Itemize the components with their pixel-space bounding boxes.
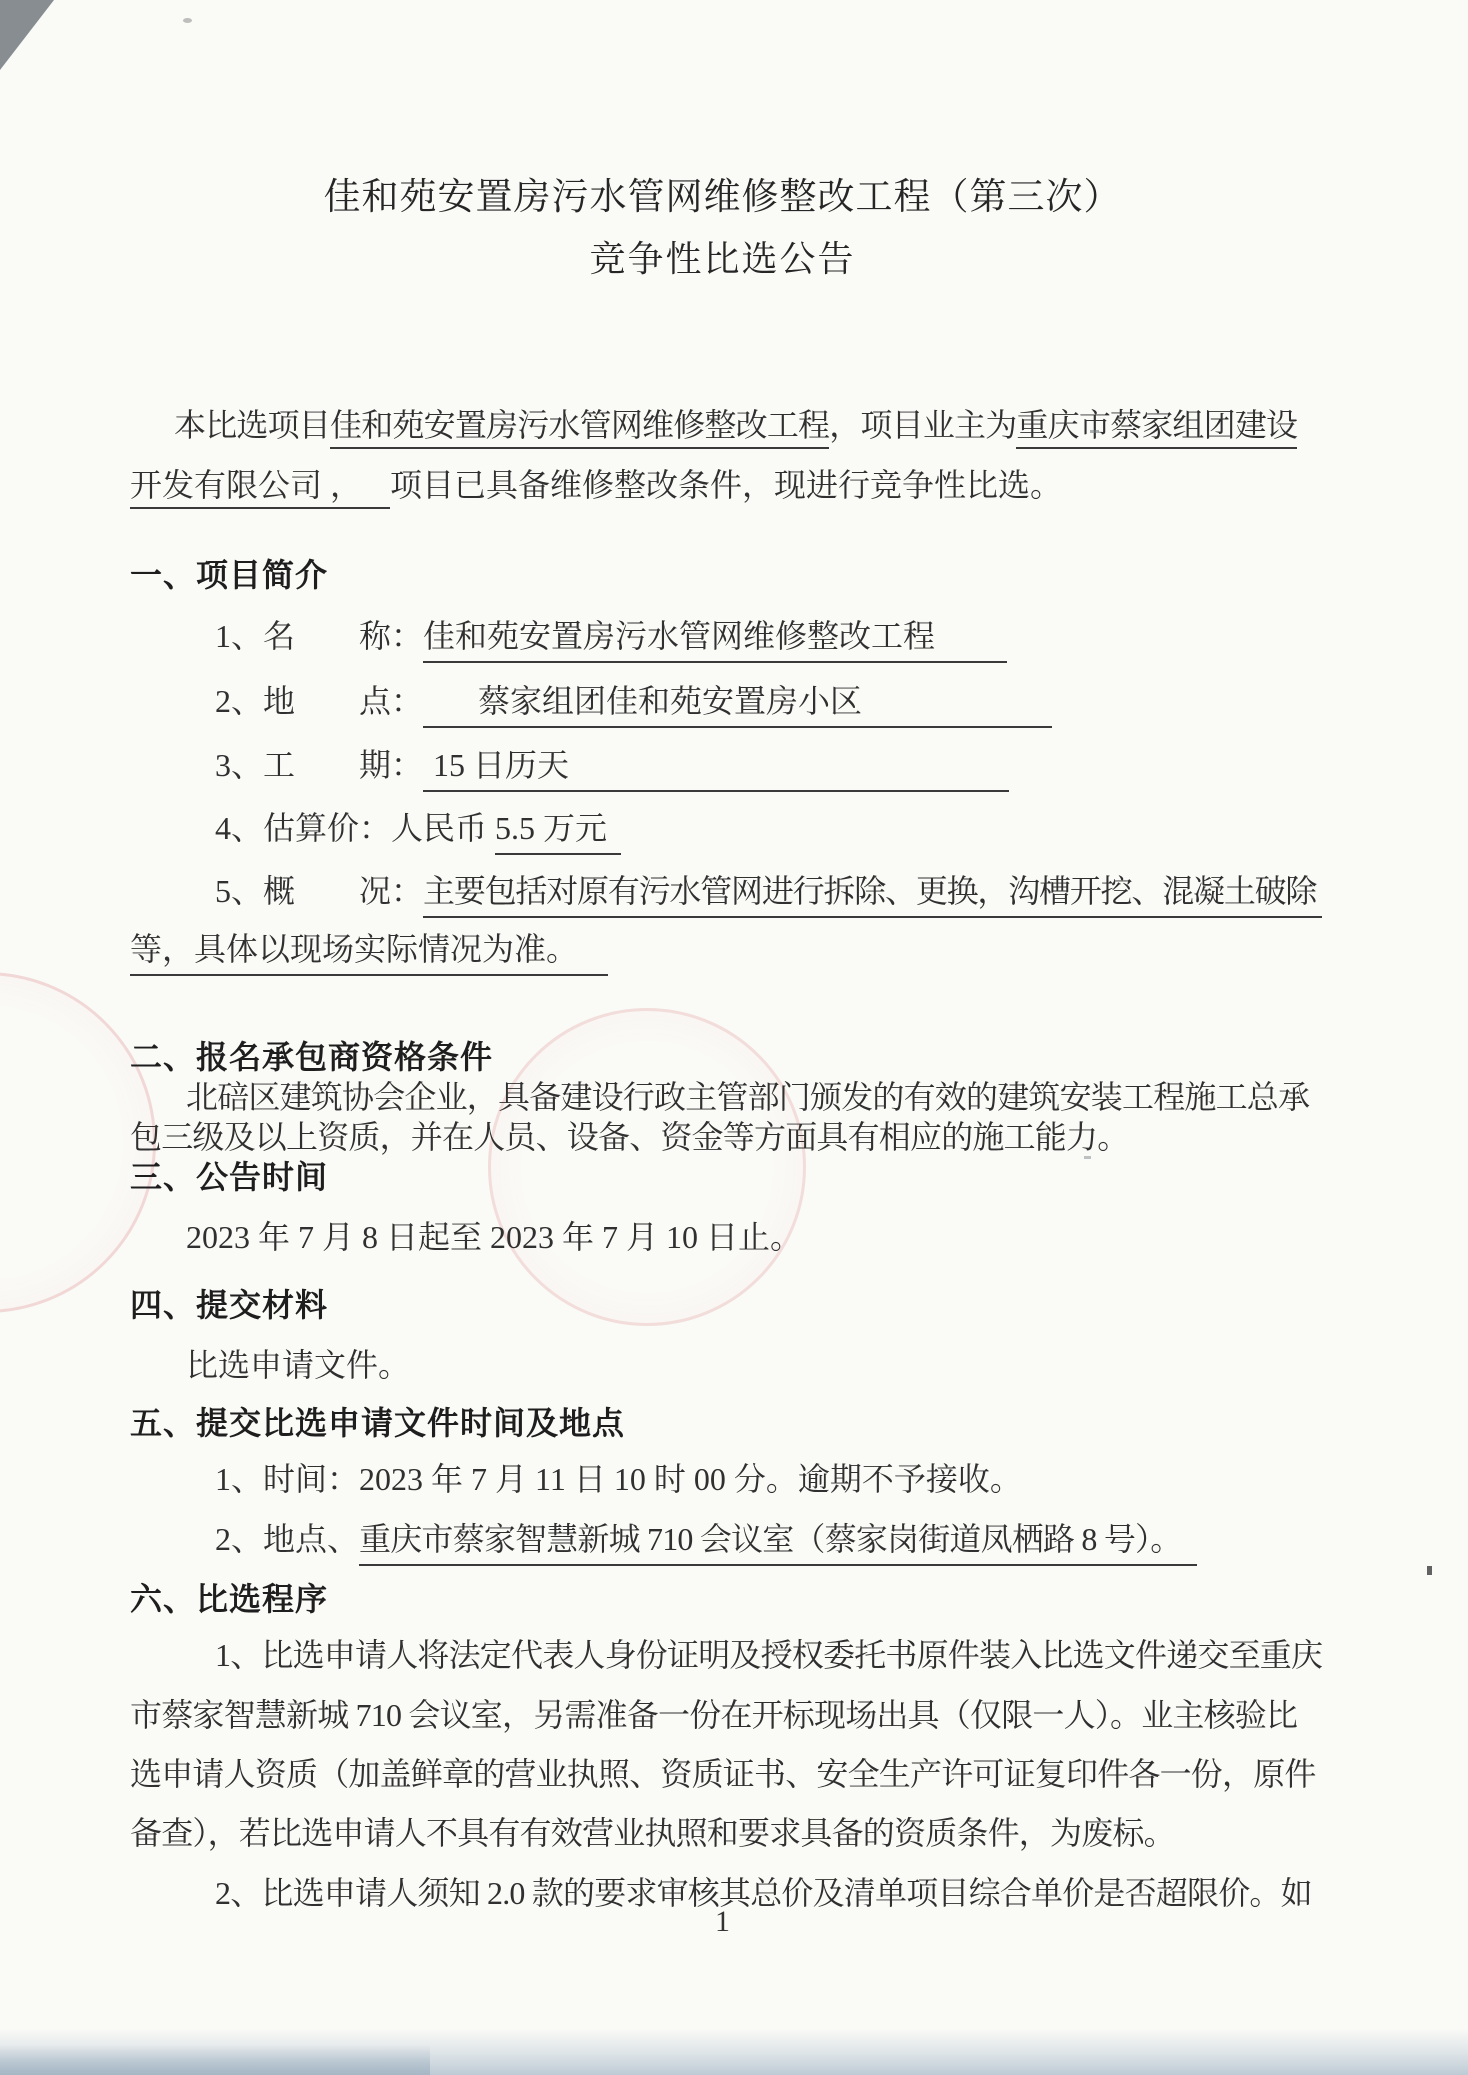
section5-item2-label: 2、地点、 — [215, 1521, 359, 1557]
section5-item-place: 2、地点、重庆市蔡家智慧新城 710 会议室（蔡家岗街道凤栖路 8 号）。 — [130, 1514, 1400, 1566]
document-title: 佳和苑安置房污水管网维修整改工程（第三次） — [130, 166, 1315, 220]
intro-text: ，项目业主为 — [829, 407, 1016, 443]
intro-text: 项目已具备维修整改条件，现进行竞争性比选。 — [390, 467, 1062, 503]
section5-item-time: 1、时间：2023 年 7 月 11 日 10 时 00 分。逾期不予接收。 — [130, 1454, 1400, 1500]
item5-label: 5、概 况： — [215, 873, 423, 909]
section6-heading: 六、比选程序 — [130, 1574, 1315, 1620]
document-subtitle: 竞争性比选公告 — [130, 231, 1315, 282]
intro-line-2: 开发有限公司 ，项目已具备维修整改条件，现进行竞争性比选。 — [130, 460, 1315, 506]
scan-speck — [1427, 1566, 1432, 1575]
intro-project-name-underlined: 佳和苑安置房污水管网维修整改工程 — [330, 407, 829, 449]
item4-prefix: 人民币 — [391, 810, 495, 846]
section3-heading: 三、公告时间 — [130, 1152, 1315, 1198]
item5-value-line1-underlined: 主要包括对原有污水管网进行拆除、更换，沟槽开挖、混凝土破除 — [423, 866, 1322, 918]
item5-value-line2-underlined: 等，具体以现场实际情况为准。 — [130, 924, 608, 976]
item4-value-underlined: 5.5 万元 — [495, 803, 621, 855]
section5-item2-value-underlined: 重庆市蔡家智慧新城 710 会议室（蔡家岗街道凤栖路 8 号）。 — [359, 1514, 1197, 1566]
scan-corner-fold — [0, 0, 54, 70]
section6-p1-line3: 选申请人资质（加盖鲜章的营业执照、资质证书、安全生产许可证复印件各一份，原件 — [130, 1749, 1315, 1795]
scan-speck — [1084, 1156, 1091, 1159]
section1-item-overview-cont: 等，具体以现场实际情况为准。 — [130, 924, 1315, 976]
item1-value-underlined: 佳和苑安置房污水管网维修整改工程 — [423, 611, 1007, 663]
section6-p1-line2: 市蔡家智慧新城 710 会议室，另需准备一份在开标现场出具（仅限一人）。业主核验… — [130, 1690, 1315, 1736]
page-number: 1 — [130, 1905, 1315, 1939]
intro-owner-underlined-2: 开发有限公司 ， — [130, 467, 390, 509]
item2-label: 2、地 点： — [215, 683, 423, 719]
section6-p1-line4: 备查），若比选申请人不具有有效营业执照和要求具备的资质条件，为废标。 — [130, 1808, 1315, 1854]
section3-body: 2023 年 7 月 8 日起至 2023 年 7 月 10 日止。 — [130, 1212, 1371, 1258]
scan-bottom-edge-left — [0, 2045, 430, 2075]
item3-value-underlined: 15 日历天 — [423, 740, 1009, 792]
section4-heading: 四、提交材料 — [130, 1280, 1315, 1326]
section1-item-location: 2、地 点：蔡家组团佳和苑安置房小区 — [130, 676, 1400, 728]
intro-text: 本比选项目 — [174, 407, 330, 443]
section1-item-estimate: 4、估算价：人民币 5.5 万元 — [130, 803, 1400, 855]
section1-item-name: 1、名 称：佳和苑安置房污水管网维修整改工程 — [130, 611, 1400, 663]
intro-line-1: 本比选项目佳和苑安置房污水管网维修整改工程，项目业主为重庆市蔡家组团建设 — [130, 400, 1359, 446]
section5-heading: 五、提交比选申请文件时间及地点 — [130, 1398, 1315, 1444]
intro-owner-underlined: 重庆市蔡家组团建设 — [1016, 407, 1297, 449]
item4-label: 4、估算价： — [215, 810, 391, 846]
section1-item-duration: 3、工 期：15 日历天 — [130, 740, 1400, 792]
item2-value-underlined: 蔡家组团佳和苑安置房小区 — [423, 676, 1052, 728]
scan-speck — [1090, 430, 1099, 433]
section6-p1-line1: 1、比选申请人将法定代表人身份证明及授权委托书原件装入比选文件递交至重庆 — [130, 1630, 1400, 1676]
scan-smudge — [183, 18, 192, 23]
section4-body: 比选申请文件。 — [130, 1340, 1371, 1386]
section1-heading: 一、项目简介 — [130, 550, 1315, 596]
section1-item-overview: 5、概 况：主要包括对原有污水管网进行拆除、更换，沟槽开挖、混凝土破除 — [130, 866, 1400, 918]
scanned-document-page: 佳和苑安置房污水管网维修整改工程（第三次） 竞争性比选公告 本比选项目佳和苑安置… — [0, 0, 1468, 2075]
item1-label: 1、名 称： — [215, 618, 423, 654]
item3-label: 3、工 期： — [215, 747, 423, 783]
